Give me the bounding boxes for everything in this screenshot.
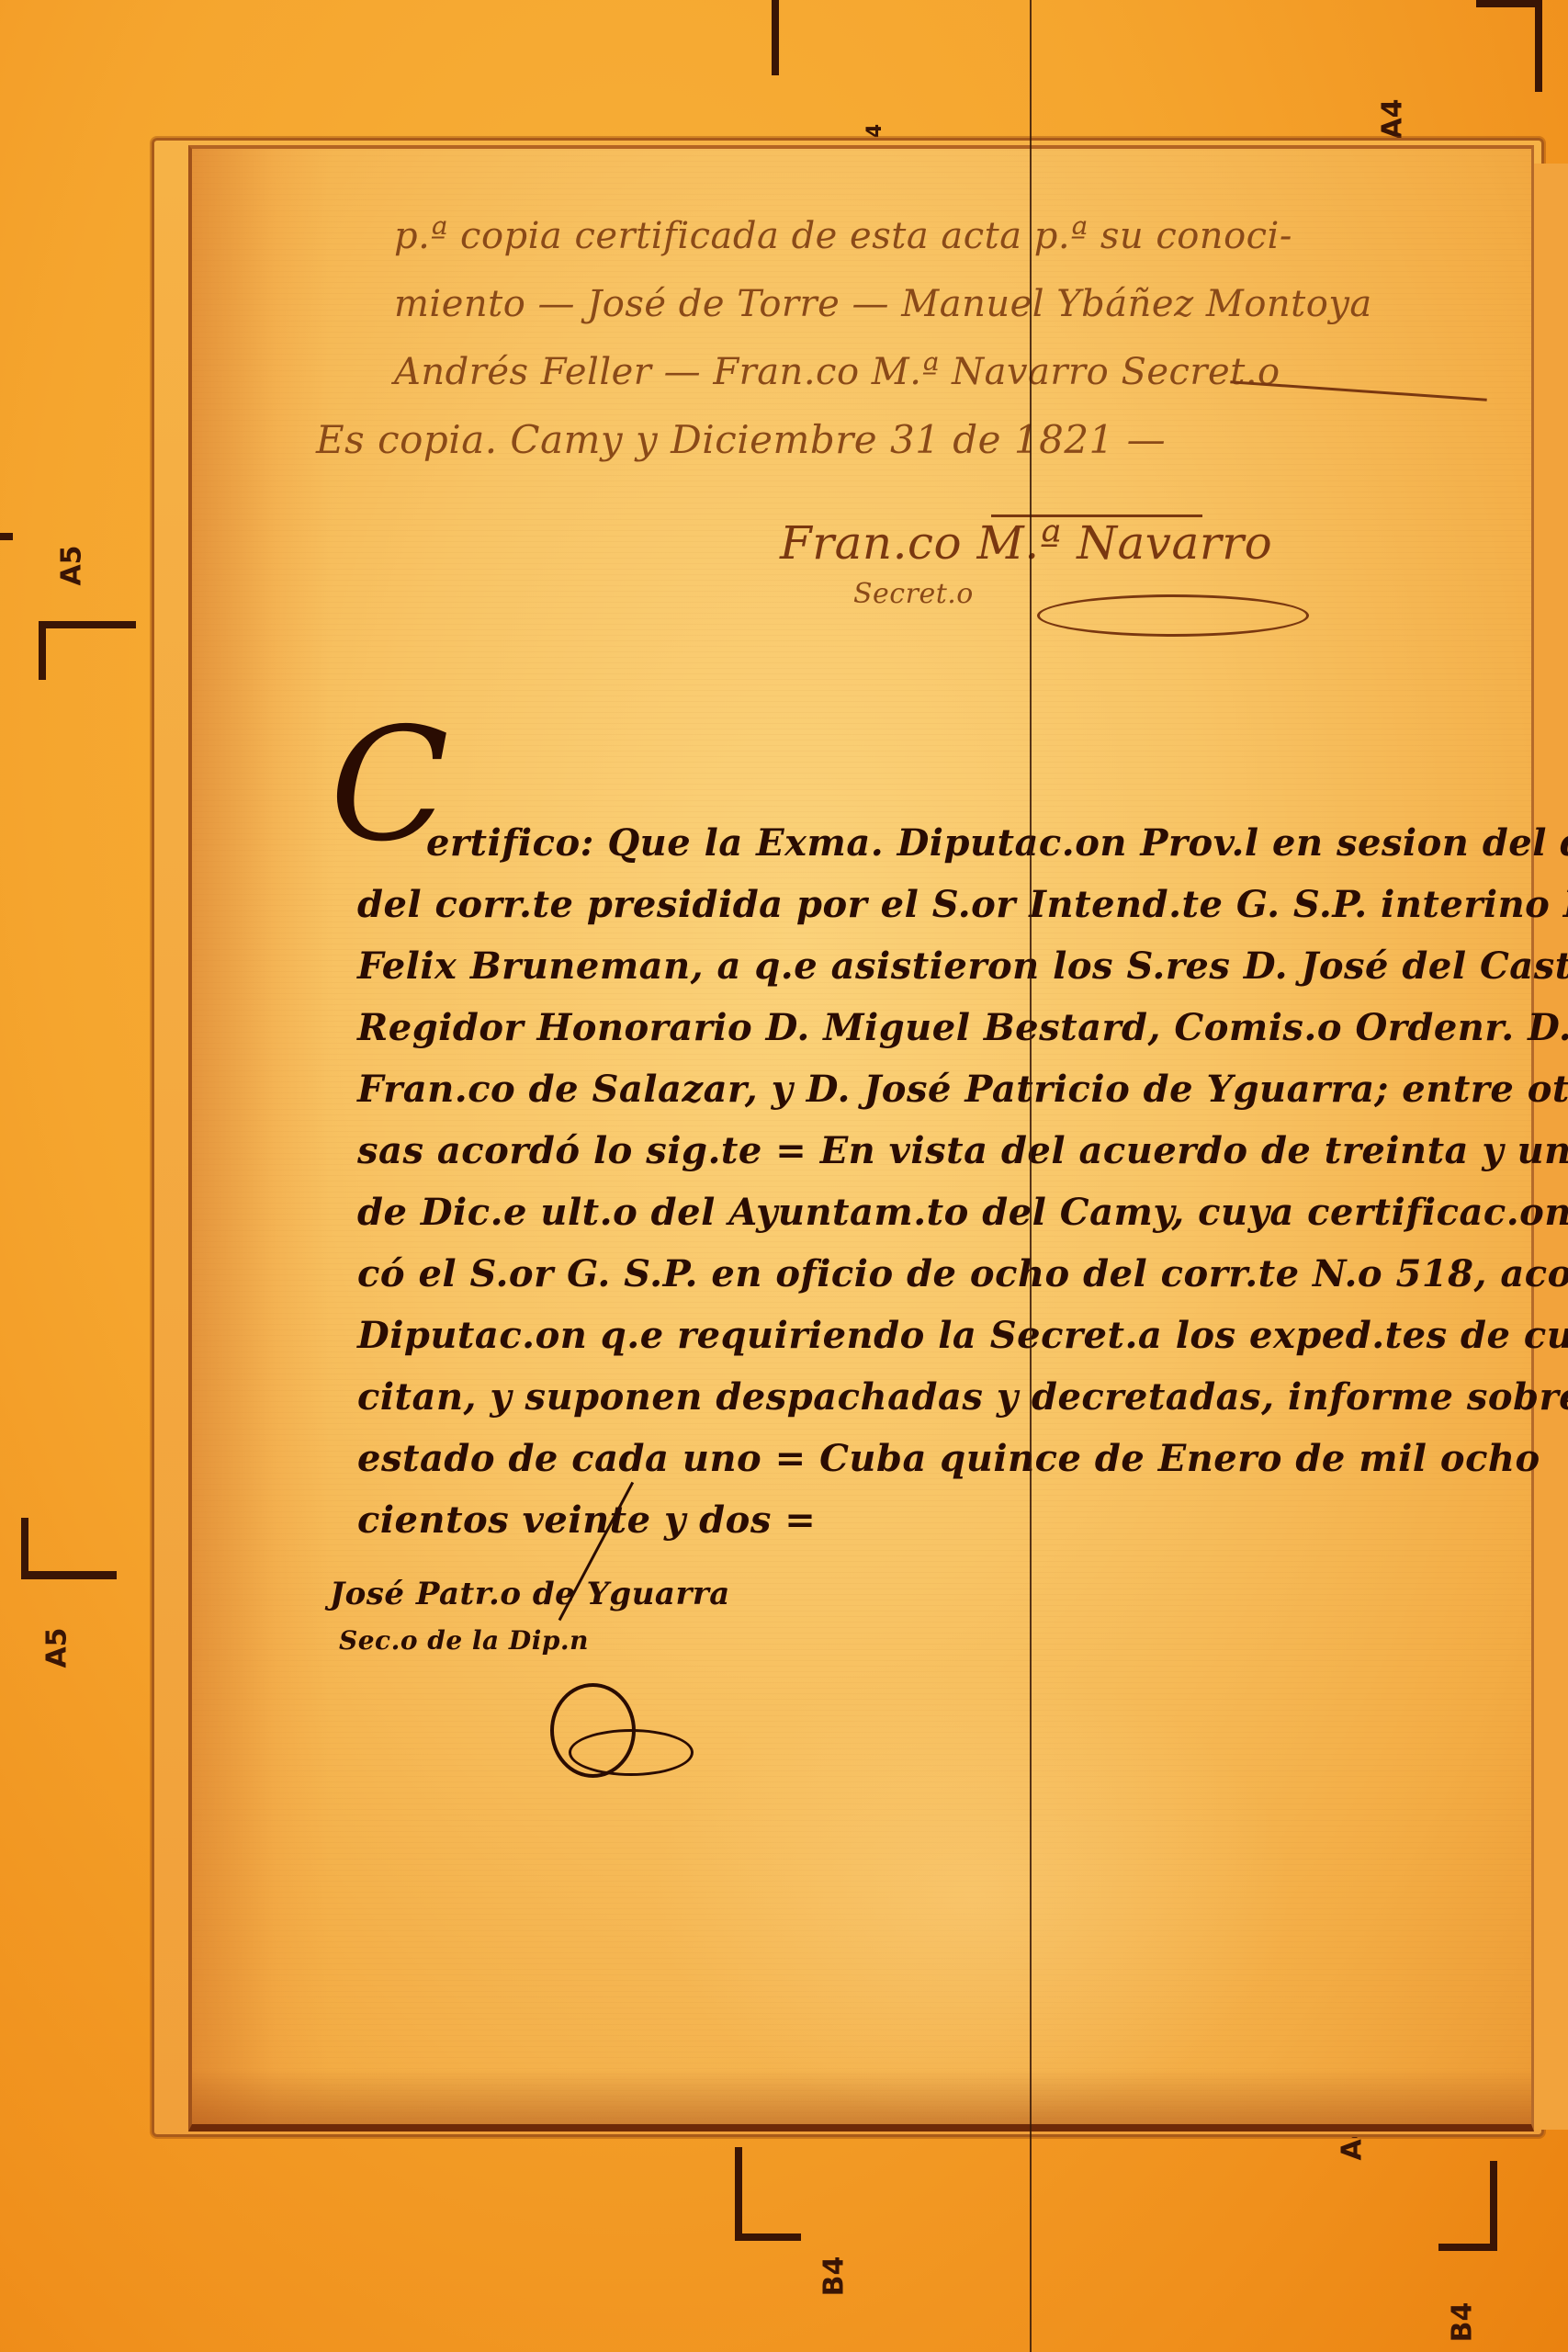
manuscript-page: p.ª copia certificada de esta acta p.ª s… [188, 145, 1534, 2131]
scan-divider-line [1030, 0, 1032, 2352]
main-line-10: citan, y suponen despachadas y decretada… [357, 1366, 1568, 1428]
secretary-title: Secret.o [853, 560, 974, 628]
top-line-1: p.ª copia certificada de esta acta p.ª s… [394, 202, 1292, 270]
main-line-9: Diputac.on q.e requiriendo la Secret.a l… [357, 1305, 1568, 1366]
closing-signature-title: Sec.o de la Dip.n [339, 1610, 589, 1671]
main-line-12: cientos veinte y dos = [357, 1489, 816, 1551]
crop-mark-top-center [772, 0, 779, 75]
crop-mark-left-corner-v [39, 621, 46, 680]
top-line-4: Es copia. Camy y Diciembre 31 de 1821 — [316, 406, 1166, 474]
crop-mark-bottom-right-h [1438, 2244, 1497, 2251]
label-left-a5-top: A5 [56, 545, 88, 585]
label-bottom-right-b4: B4 [1446, 2302, 1478, 2343]
main-line-4: Regidor Honorario D. Miguel Bestard, Com… [357, 997, 1568, 1058]
signature-flourish-line [991, 514, 1202, 517]
top-line-2: miento — José de Torre — Manuel Ybáñez M… [394, 270, 1372, 338]
paper-stain-left [192, 149, 330, 2124]
signature-rubric-flourish [1037, 594, 1309, 637]
closing-rubric-tail [569, 1729, 694, 1776]
main-line-8: có el S.or G. S.P. en oficio de ocho del… [357, 1243, 1568, 1305]
crop-mark-bottom-left-h [735, 2233, 801, 2241]
main-line-2: del corr.te presidida por el S.or Intend… [357, 874, 1568, 935]
label-top-center-4: 4 [863, 124, 886, 138]
crop-mark-left-top-v [0, 533, 13, 540]
label-left-a5-bottom: A5 [41, 1627, 73, 1668]
crop-mark-top-right-h [1476, 0, 1542, 7]
crop-mark-left-corner-h [39, 621, 136, 628]
label-top-right-a4: A4 [1377, 98, 1409, 139]
paper-fold-stain [651, 1665, 1294, 2124]
main-line-5: Fran.co de Salazar, y D. José Patricio d… [357, 1058, 1568, 1120]
main-line-3: Felix Bruneman, a q.e asistieron los S.r… [357, 935, 1568, 997]
crop-mark-bottom-left-v [735, 2147, 742, 2239]
main-line-6: sas acordó lo sig.te = En vista del acue… [357, 1120, 1568, 1182]
main-line-1: ertifico: Que la Exma. Diputac.on Prov.l… [426, 812, 1568, 874]
crop-mark-left-bottom-h [21, 1571, 117, 1579]
main-line-7: de Dic.e ult.o del Ayuntam.to del Camy, … [357, 1182, 1568, 1243]
main-line-11: estado de cada uno = Cuba quince de Ener… [357, 1428, 1540, 1489]
top-line-3: Andrés Feller — Fran.co M.ª Navarro Secr… [394, 338, 1280, 406]
crop-mark-left-bottom-v [21, 1518, 28, 1577]
crop-mark-top-right-v [1535, 0, 1542, 92]
crop-mark-bottom-right-v [1490, 2161, 1497, 2251]
label-bottom-left-b4: B4 [818, 2256, 850, 2297]
